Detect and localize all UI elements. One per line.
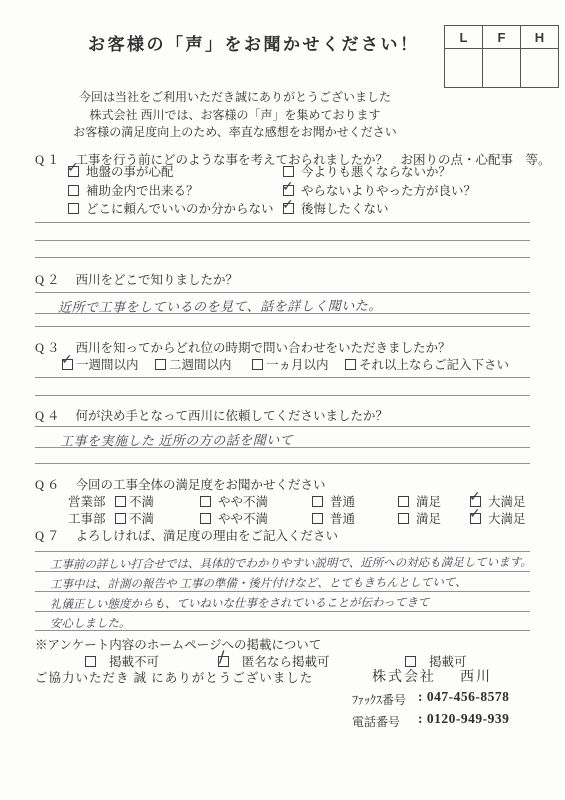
ruled-line xyxy=(35,222,530,223)
checkbox xyxy=(398,496,409,507)
checkbox xyxy=(115,513,126,524)
company-prefix: 株式会社 xyxy=(372,670,436,685)
q1-options-left: 地盤の事が心配 補助金内で出来る？ どこに頼んでいいのか分からない xyxy=(68,163,274,219)
q3-option: 一週間以内 xyxy=(62,355,139,373)
lfh-grid: L F H xyxy=(444,25,559,88)
q6-option: やや不満 xyxy=(200,492,268,510)
q3-label: Q３ xyxy=(35,341,63,355)
lfh-cell-l: L xyxy=(445,26,483,49)
q6-option: 普通 xyxy=(312,509,355,527)
company-name-text: 西川 xyxy=(460,670,492,685)
intro-line: お客様の満足度向上のため、率直な感想をお聞かせください xyxy=(20,124,450,142)
q6-option: 大満足 xyxy=(470,509,526,527)
option-label: やや不満 xyxy=(218,495,268,509)
tel-label: 電話番号 xyxy=(352,713,400,730)
checkbox xyxy=(62,359,73,370)
q7-handwritten-line: 安心しました。 xyxy=(50,615,131,631)
q6-option: やや不満 xyxy=(200,509,268,527)
option-label: 不満 xyxy=(129,495,154,509)
q7-handwritten-line: 工事中は、計測の報告や 工事の準備・後片付けなど、とてもきちんとしていて、 xyxy=(50,574,467,592)
company-name: 株式会社西川 xyxy=(372,666,492,686)
survey-document: お客様の「声」をお聞かせください！ L F H 今回は当社をご利用いただき誠にあ… xyxy=(0,0,565,800)
q7-handwritten-line: 礼儀正しい態度からも、ていねいな仕事をされていることが伝わってきて xyxy=(50,594,429,612)
fax-label: ﾌｧｯｸｽ番号 xyxy=(352,691,406,708)
ruled-line xyxy=(35,326,530,327)
q6-option: 不満 xyxy=(115,492,154,510)
checkbox xyxy=(312,513,323,524)
option-label: 不満 xyxy=(129,512,154,526)
checkbox xyxy=(345,359,356,370)
q7-question-text: よろしければ、満足度の理由をご記入ください xyxy=(76,529,339,543)
option-label: どこに頼んでいいのか分からない xyxy=(86,202,274,216)
q6-label: Q６ xyxy=(35,478,63,492)
q1-option: どこに頼んでいいのか分からない xyxy=(68,200,274,219)
checkbox xyxy=(470,513,481,524)
q6-option: 満足 xyxy=(398,492,441,510)
ruled-line xyxy=(35,463,530,464)
q2-question-text: 西川をどこで知りましたか？ xyxy=(76,273,239,287)
ruled-line xyxy=(35,313,530,314)
checkbox xyxy=(68,166,79,177)
ruled-line xyxy=(35,571,530,572)
lfh-empty-cell xyxy=(445,49,483,88)
q1-options-right: 今よりも悪くならないか？ やらないよりやった方が良い？ 後悔したくない xyxy=(283,163,476,219)
q7-label: Q７ xyxy=(35,529,63,543)
q2-label: Q２ xyxy=(35,273,63,287)
q6-option: 普通 xyxy=(312,492,355,510)
checkbox xyxy=(218,656,229,667)
ruled-line xyxy=(35,426,530,427)
intro-line: 株式会社 西川では、お客様の「声」を集めております xyxy=(20,107,450,125)
q1-option: 補助金内で出来る？ xyxy=(68,182,274,201)
ruled-line xyxy=(35,591,530,592)
option-label: 大満足 xyxy=(488,495,526,509)
fax-number: : 047-456-8578 xyxy=(418,689,509,705)
checkbox xyxy=(312,496,323,507)
option-label: 掲載不可 xyxy=(109,655,159,669)
q6-question-text: 今回の工事全体の満足度をお聞かせください xyxy=(76,478,326,492)
q4-question-text: 何が決め手となって西川に依頼してくださいましたか？ xyxy=(76,409,389,423)
publication-heading: ※アンケート内容のホームページへの掲載について xyxy=(35,635,321,653)
q6-option: 満足 xyxy=(398,509,441,527)
q7-question: Q７よろしければ、満足度の理由をご記入ください xyxy=(35,526,338,544)
q1-option: 地盤の事が心配 xyxy=(68,163,274,182)
option-label: やや不満 xyxy=(218,512,268,526)
option-label: 一ヵ月以内 xyxy=(266,358,329,372)
q7-handwritten-line: 工事前の詳しい打合せでは、具体的でわかりやすい説明で、近所への対応も満足していま… xyxy=(50,554,532,573)
option-label: 今よりも悪くならないか？ xyxy=(301,165,451,179)
option-label: 大満足 xyxy=(488,512,526,526)
option-label: やらないよりやった方が良い？ xyxy=(301,184,476,198)
q3-option: それ以上ならご記入下さい xyxy=(345,355,509,373)
q3-question: Q３西川を知ってからどれ位の時期で問い合わせをいただきましたか？ xyxy=(35,338,451,356)
checkbox xyxy=(85,656,96,667)
lfh-empty-cell xyxy=(521,49,559,88)
tel-number: : 0120-949-939 xyxy=(418,711,509,727)
checkbox xyxy=(200,513,211,524)
ruled-line xyxy=(35,257,530,258)
q6-dept: 営業部 xyxy=(68,492,106,510)
ruled-line xyxy=(35,395,530,396)
q4-question: Q４何が決め手となって西川に依頼してくださいましたか？ xyxy=(35,406,388,424)
option-label: 後悔したくない xyxy=(301,202,389,216)
checkbox xyxy=(68,203,79,214)
ruled-line xyxy=(35,447,530,448)
option-label: 地盤の事が心配 xyxy=(86,165,174,179)
lfh-cell-h: H xyxy=(521,26,559,49)
thanks-text: ご協力いただき 誠 にありがとうございました xyxy=(35,668,313,686)
option-label: 満足 xyxy=(416,512,441,526)
intro-line: 今回は当社をご利用いただき誠にありがとうございました xyxy=(20,89,450,107)
q3-option: 二週間以内 xyxy=(155,355,232,373)
checkbox xyxy=(398,513,409,524)
checkbox xyxy=(200,496,211,507)
ruled-line xyxy=(35,630,530,631)
page-title: お客様の「声」をお聞かせください！ xyxy=(88,30,420,55)
q3-option: 一ヵ月以内 xyxy=(252,355,329,373)
checkbox xyxy=(252,359,263,370)
lfh-cell-f: F xyxy=(483,26,521,49)
q4-label: Q４ xyxy=(35,409,63,423)
option-label: それ以上ならご記入下さい xyxy=(359,358,509,372)
q6-dept: 工事部 xyxy=(68,509,106,527)
checkbox xyxy=(283,185,294,196)
q2-question: Q２西川をどこで知りましたか？ xyxy=(35,270,238,288)
ruled-line xyxy=(35,611,530,612)
q1-option: 今よりも悪くならないか？ xyxy=(283,163,476,182)
ruled-line xyxy=(35,551,530,552)
intro-paragraph: 今回は当社をご利用いただき誠にありがとうございました 株式会社 西川では、お客様… xyxy=(20,89,450,142)
option-label: 普通 xyxy=(330,512,355,526)
q1-label: Q１ xyxy=(35,153,63,167)
checkbox xyxy=(283,166,294,177)
lfh-empty-cell xyxy=(483,49,521,88)
checkbox xyxy=(68,185,79,196)
option-label: 補助金内で出来る？ xyxy=(86,184,199,198)
option-label: 匿名なら掲載可 xyxy=(242,655,330,669)
ruled-line xyxy=(35,377,530,378)
q1-option: やらないよりやった方が良い？ xyxy=(283,182,476,201)
checkbox xyxy=(283,203,294,214)
q6-option: 不満 xyxy=(115,509,154,527)
checkbox xyxy=(115,496,126,507)
q6-question: Q６今回の工事全体の満足度をお聞かせください xyxy=(35,475,326,493)
option-label: 一週間以内 xyxy=(76,358,139,372)
q3-question-text: 西川を知ってからどれ位の時期で問い合わせをいただきましたか？ xyxy=(76,341,451,355)
q1-option: 後悔したくない xyxy=(283,200,476,219)
option-label: 二週間以内 xyxy=(169,358,232,372)
option-label: 満足 xyxy=(416,495,441,509)
ruled-line xyxy=(35,240,530,241)
option-label: 普通 xyxy=(330,495,355,509)
ruled-line xyxy=(35,292,530,293)
checkbox xyxy=(155,359,166,370)
